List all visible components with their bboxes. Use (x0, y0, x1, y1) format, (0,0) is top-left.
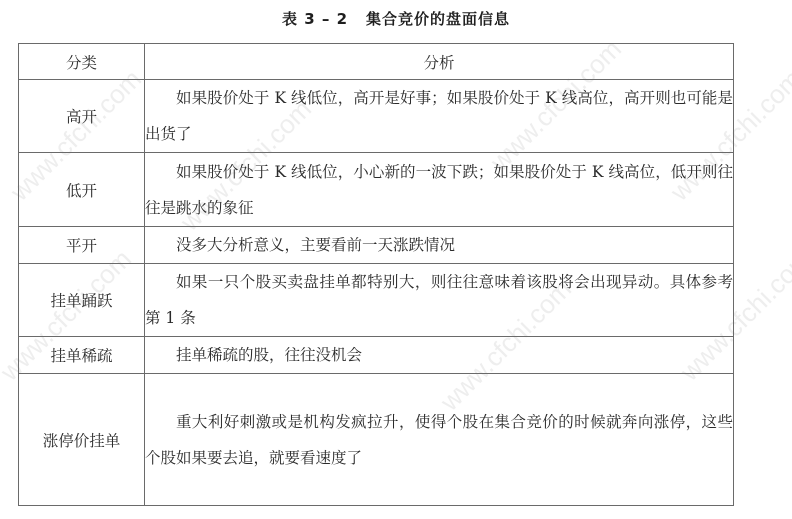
row-category: 高开 (19, 80, 145, 153)
row-category: 挂单稀疏 (19, 337, 145, 374)
row-category: 低开 (19, 153, 145, 227)
table-row: 高开 如果股价处于 K 线低位，高开是好事；如果股价处于 K 线高位，高开则也可… (19, 80, 734, 153)
table-row: 平开 没多大分析意义，主要看前一天涨跌情况 (19, 227, 734, 264)
row-analysis: 如果股价处于 K 线低位，高开是好事；如果股价处于 K 线高位，高开则也可能是出… (145, 80, 734, 153)
row-analysis: 重大利好刺激或是机构发疯拉升，使得个股在集合竞价的时候就奔向涨停，这些个股如果要… (145, 374, 734, 506)
auction-info-table: 分类 分析 高开 如果股价处于 K 线低位，高开是好事；如果股价处于 K 线高位… (18, 43, 734, 506)
row-analysis: 没多大分析意义，主要看前一天涨跌情况 (145, 227, 734, 264)
row-category: 涨停价挂单 (19, 374, 145, 506)
row-analysis: 挂单稀疏的股，往往没机会 (145, 337, 734, 374)
row-category: 挂单踊跃 (19, 264, 145, 337)
table-row: 挂单稀疏 挂单稀疏的股，往往没机会 (19, 337, 734, 374)
row-analysis: 如果股价处于 K 线低位，小心新的一波下跌；如果股价处于 K 线高位，低开则往往… (145, 153, 734, 227)
table-title: 集合竞价的盘面信息 (366, 10, 510, 28)
table-row: 挂单踊跃 如果一只个股买卖盘挂单都特别大，则往往意味着该股将会出现异动。具体参考… (19, 264, 734, 337)
table-row: 涨停价挂单 重大利好刺激或是机构发疯拉升，使得个股在集合竞价的时候就奔向涨停，这… (19, 374, 734, 506)
table-header-row: 分类 分析 (19, 44, 734, 80)
header-category: 分类 (19, 44, 145, 80)
row-category: 平开 (19, 227, 145, 264)
table-number: 表 3 – 2 (282, 10, 348, 28)
table-caption: 表 3 – 2集合竞价的盘面信息 (0, 8, 792, 29)
table-row: 低开 如果股价处于 K 线低位，小心新的一波下跌；如果股价处于 K 线高位，低开… (19, 153, 734, 227)
row-analysis: 如果一只个股买卖盘挂单都特别大，则往往意味着该股将会出现异动。具体参考第 1 条 (145, 264, 734, 337)
header-analysis: 分析 (145, 44, 734, 80)
